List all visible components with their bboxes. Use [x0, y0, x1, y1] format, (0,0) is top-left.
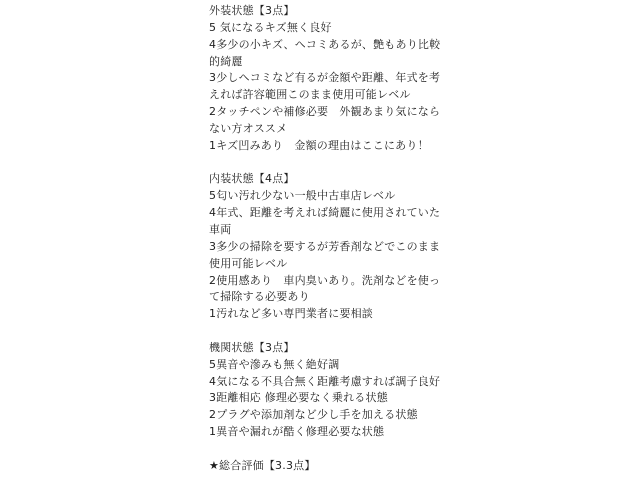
rating-line: 4年式、距離を考えれば綺麗に使用されていた車両 [209, 205, 445, 239]
section-engine: 機関状態【3点】 5異音や滲みも無く絶好調 4気になる不具合無く距離考慮すれば調… [209, 340, 445, 441]
page: 外装状態【3点】 5 気になるキズ無く良好 4多少の小キズ、ヘコミあるが、艶もあ… [0, 0, 640, 480]
rating-line: 4気になる不具合無く距離考慮すれば調子良好 [209, 374, 445, 391]
section-interior: 内装状態【4点】 5匂い汚れ少ない一般中古車店レベル 4年式、距離を考えれば綺麗… [209, 171, 445, 323]
rating-line: 3少しヘコミなど有るが金額や距離、年式を考えれば許容範囲このまま使用可能レベル [209, 70, 445, 104]
section-exterior: 外装状態【3点】 5 気になるキズ無く良好 4多少の小キズ、ヘコミあるが、艶もあ… [209, 3, 445, 155]
rating-line: 2プラグや添加剤など少し手を加える状態 [209, 407, 445, 424]
rating-line: 1異音や漏れが酷く修理必要な状態 [209, 424, 445, 441]
rating-line: 4多少の小キズ、ヘコミあるが、艶もあり比較的綺麗 [209, 37, 445, 71]
section-heading: 内装状態【4点】 [209, 171, 445, 188]
rating-line: 1汚れなど多い専門業者に要相談 [209, 306, 445, 323]
section-overall: ★総合評価【3.3点】 [209, 458, 445, 475]
rating-line: 3多少の掃除を要するが芳香剤などでこのまま使用可能レベル [209, 239, 445, 273]
rating-line: 5異音や滲みも無く絶好調 [209, 357, 445, 374]
rating-line: 2使用感あり 車内臭いあり。洗剤などを使って掃除する必要あり [209, 273, 445, 307]
rating-document: 外装状態【3点】 5 気になるキズ無く良好 4多少の小キズ、ヘコミあるが、艶もあ… [209, 3, 445, 475]
rating-line: 5 気になるキズ無く良好 [209, 20, 445, 37]
rating-line: 3距離相応 修理必要なく乗れる状態 [209, 390, 445, 407]
section-heading: 外装状態【3点】 [209, 3, 445, 20]
rating-line: 2タッチペンや補修必要 外観あまり気にならない方オススメ [209, 104, 445, 138]
rating-line: 1キズ凹みあり 金額の理由はここにあり！ [209, 138, 445, 155]
rating-line: 5匂い汚れ少ない一般中古車店レベル [209, 188, 445, 205]
section-heading: 機関状態【3点】 [209, 340, 445, 357]
overall-rating: ★総合評価【3.3点】 [209, 458, 445, 475]
